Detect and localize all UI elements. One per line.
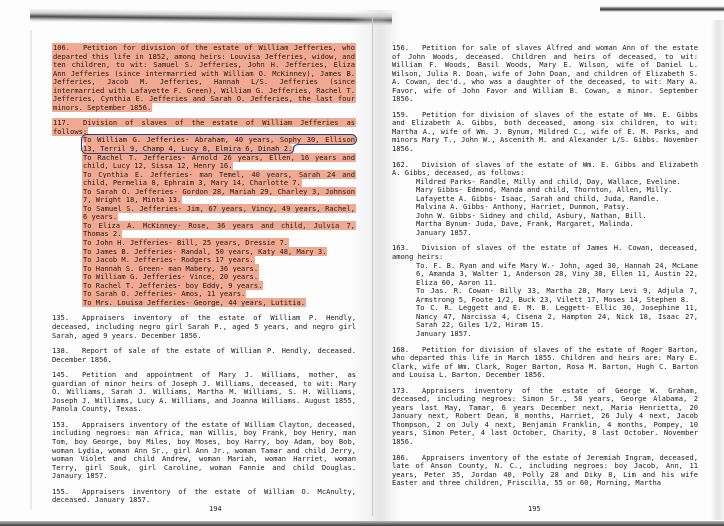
entry-117: 117.Division of slaves of the estate of … bbox=[52, 119, 356, 307]
list-item: To Eliza A. McKinney- Rose, 36 years and… bbox=[82, 221, 356, 239]
entry-135: 135.Appraisers inventory of the estate o… bbox=[52, 314, 356, 340]
entry-168: 168.Petition for division of slaves of t… bbox=[392, 346, 698, 380]
list-item: To Jacob M. Jefferies- Rodgers 17 years. bbox=[82, 255, 255, 264]
entry-145: 145.Petition and appointment of Mary J. … bbox=[52, 371, 356, 414]
list-item: To Jas. R. Cowan- Billy 33, Martha 28, M… bbox=[416, 287, 698, 304]
list-item: To William G. Jefferies- Vince, 20 years… bbox=[82, 272, 259, 281]
entry-text: Appraisers inventory of the estate of Wi… bbox=[52, 313, 356, 339]
entry-date: January 1857. bbox=[416, 330, 698, 339]
entry-106: 106.Petition for division of the estate … bbox=[52, 44, 356, 112]
list-item: To Cynthia E. Jefferies- man Temel, 40 y… bbox=[82, 170, 356, 188]
page-number-right: 195 bbox=[528, 505, 541, 513]
entry-153: 153.Appraisers inventory of the estate o… bbox=[52, 421, 356, 481]
page-number-left: 194 bbox=[209, 505, 222, 513]
right-page: 156.Petition for sale of slaves Alfred a… bbox=[392, 44, 698, 495]
scanned-book-spread: 106.Petition for division of the estate … bbox=[0, 0, 724, 526]
distribution-list: To William G. Jefferies- Abraham, 40 yea… bbox=[52, 136, 356, 307]
entry-text: Appraisers inventory of the estate of Wi… bbox=[52, 420, 356, 480]
gutter-line bbox=[372, 16, 373, 516]
page-edge-right bbox=[710, 20, 724, 520]
entry-155: 155.Appraisers inventory of the estate o… bbox=[52, 488, 356, 505]
list-item: To Mrs. Louisa Jefferies- George, 44 yea… bbox=[82, 298, 306, 307]
list-item: To Rachel T. Jefferies- Arnold 26 years,… bbox=[82, 153, 356, 171]
entry-text: Petition for sale of slaves Alfred and w… bbox=[392, 43, 698, 103]
list-item: To Sarah O. Jefferies- Amos, 11 years. bbox=[82, 289, 246, 298]
distribution-list: Mildred Parks- Randle, Milly and child, … bbox=[392, 178, 698, 238]
entry-text: Petition for division of slaves of the e… bbox=[392, 110, 698, 153]
scan-shadow-top-right bbox=[600, 6, 724, 12]
entry-text: Petition for division of slaves of the e… bbox=[392, 345, 698, 380]
page-edge-left bbox=[30, 30, 32, 510]
entry-text: Petition for division of the estate of W… bbox=[53, 43, 355, 112]
list-item-circled: To William G. Jefferies- Abraham, 40 yea… bbox=[82, 135, 356, 153]
entry-text: Appraisers inventory of the estate of Ge… bbox=[392, 386, 698, 446]
list-item: To Sarah O. Jefferies- Gordon 28, Mariah… bbox=[82, 187, 356, 205]
scan-shadow-top-left bbox=[30, 8, 392, 26]
entry-173: 173.Appraisers inventory of the estate o… bbox=[392, 387, 698, 447]
entry-date: January 1857. bbox=[416, 229, 698, 238]
entry-text: Report of sale of the estate of William … bbox=[52, 346, 356, 364]
entry-156: 156.Petition for sale of slaves Alfred a… bbox=[392, 44, 698, 104]
entry-138: 138.Report of sale of the estate of Will… bbox=[52, 347, 356, 364]
entry-text: Division of slaves of the estate of Will… bbox=[53, 118, 355, 136]
list-item: To. F. B. Ryan and wife Mary W.- John, a… bbox=[416, 262, 698, 288]
entry-text: Appraisers inventory of the estate of Je… bbox=[392, 453, 698, 488]
distribution-list: To. F. B. Ryan and wife Mary W.- John, a… bbox=[392, 262, 698, 339]
entry-159: 159.Petition for division of slaves of t… bbox=[392, 111, 698, 154]
entry-186: 186.Appraisers inventory of the estate o… bbox=[392, 454, 698, 488]
list-item: To Samuel S. Jefferies- Jim, 67 years, V… bbox=[82, 204, 356, 222]
scan-shadow-bottom bbox=[0, 521, 724, 526]
entry-text: Petition and appointment of Mary J. Will… bbox=[52, 370, 356, 413]
entry-162: 162.Division of slaves of the estate of … bbox=[392, 161, 698, 238]
entry-text: Appraisers inventory of the estate of Wi… bbox=[52, 487, 356, 505]
entry-text: Division of slaves of the estate of Wm. … bbox=[392, 160, 698, 178]
left-page: 106.Petition for division of the estate … bbox=[52, 44, 356, 512]
entry-text: Division of slaves of the estate of Jame… bbox=[392, 243, 698, 261]
list-item: To C. R. Leggett and E. M. B. Leggett- E… bbox=[416, 304, 698, 330]
list-item: To John H. Jefferies- Bill, 25 years, Dr… bbox=[82, 238, 289, 247]
entry-163: 163.Division of slaves of the estate of … bbox=[392, 244, 698, 338]
